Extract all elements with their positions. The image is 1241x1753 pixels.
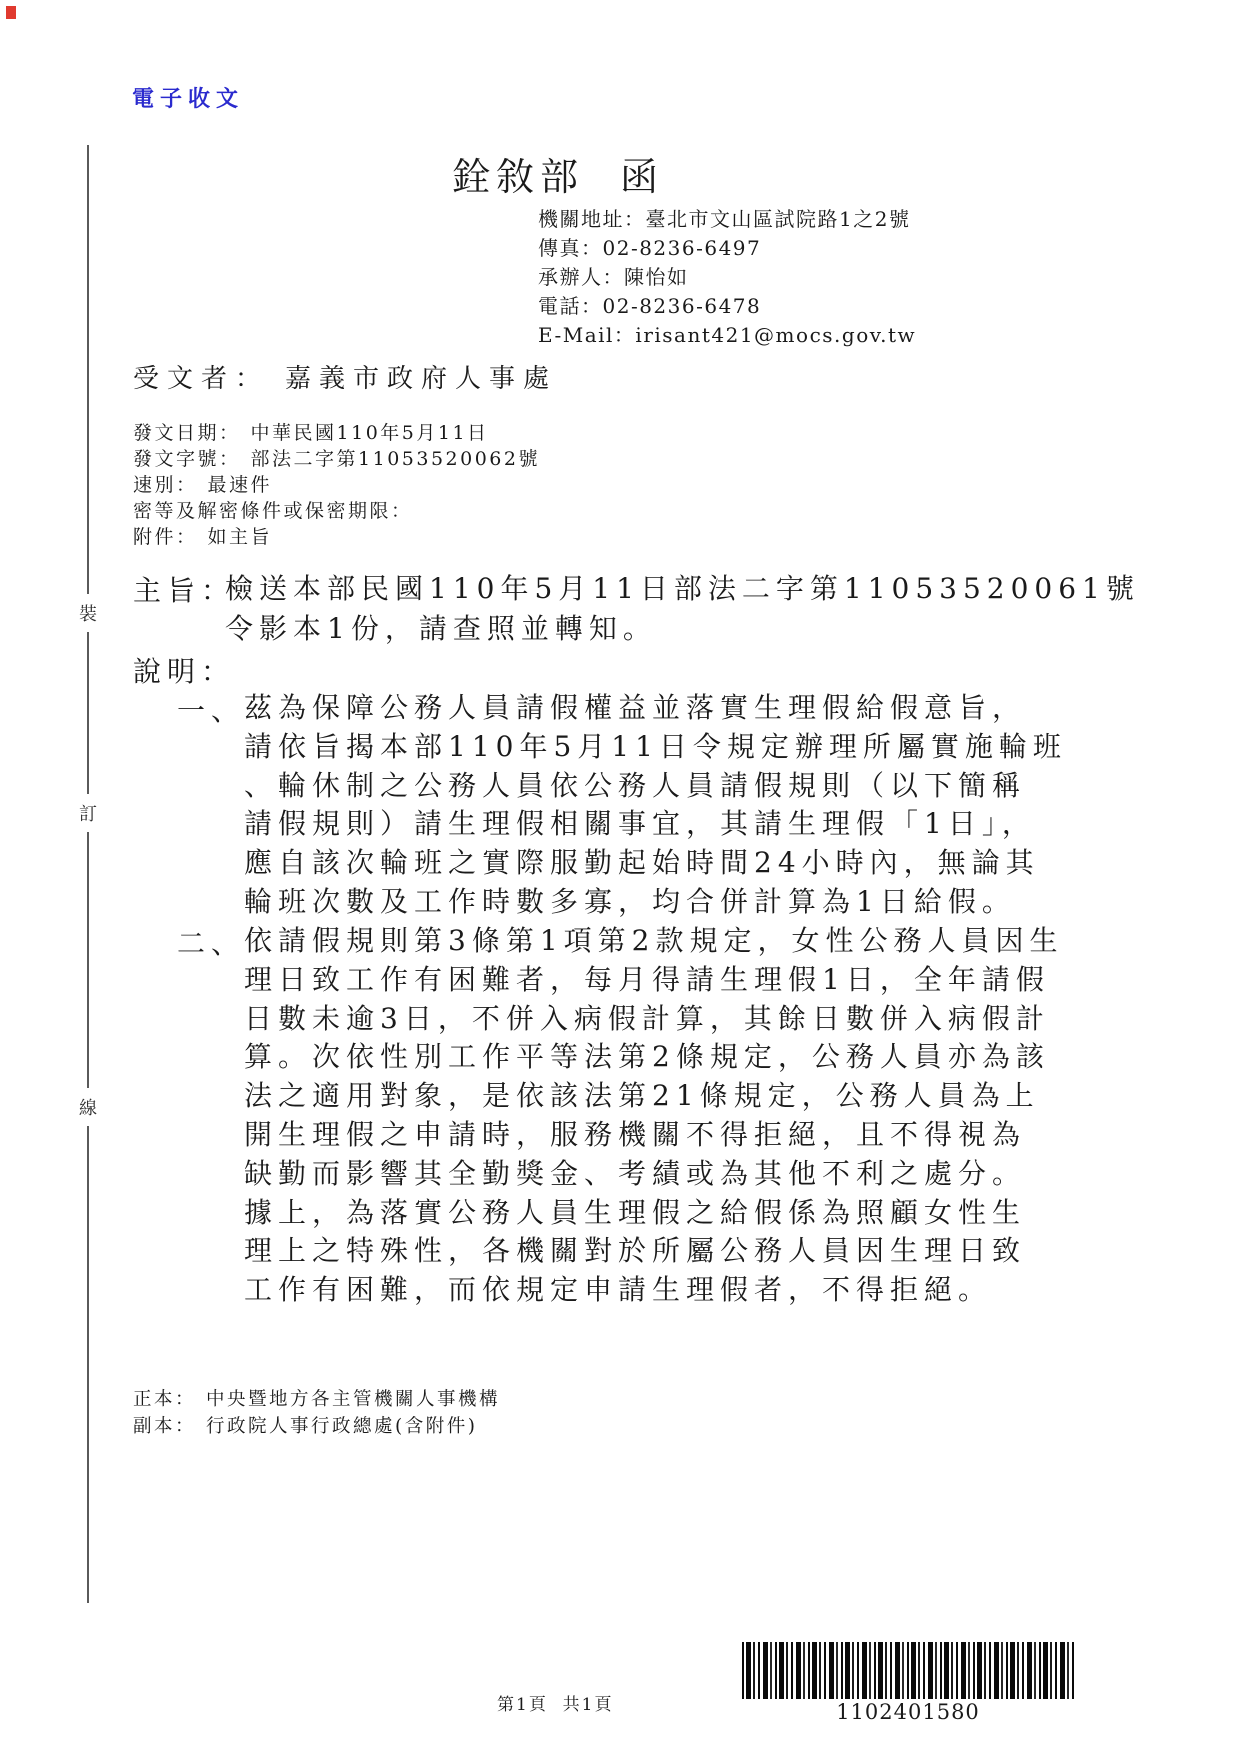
meta-value: 最速件 — [208, 474, 273, 496]
barcode: 1102401580 — [742, 1642, 1074, 1724]
recipient-row: 受文者：嘉義市政府人事處 — [133, 358, 557, 395]
issuing-org: 銓敘部 — [452, 155, 584, 199]
item-number: 二、 — [177, 922, 245, 962]
cc-copy-row: 副本：行政院人事行政總處(含附件) — [133, 1413, 500, 1440]
electronic-receipt-stamp: 電子收文 — [132, 82, 244, 113]
subject-section: 主旨： 檢送本部民國110年5月11日部法二字第11053520061號 令影本… — [133, 569, 1105, 649]
item-line: 日數未逾3日，不併入病假計算，其餘日數併入病假計 — [244, 1000, 1104, 1039]
meta-label: 密等及解密條件或保密期限： — [133, 500, 413, 522]
recipient-label: 受文者： — [133, 364, 269, 394]
item-line: 、輪休制之公務人員依公務人員請假規則（以下簡稱 — [244, 767, 1104, 806]
item-line: 理上之特殊性，各機關對於所屬公務人員因生理日致 — [244, 1232, 1104, 1271]
item-line: 請假規則）請生理假相關事宜，其請生理假「1日」， — [244, 805, 1104, 844]
copy-value: 中央暨地方各主管機關人事機構 — [206, 1389, 500, 1410]
original-copy-row: 正本：中央暨地方各主管機關人事機構 — [133, 1386, 500, 1413]
item-line: 開生理假之申請時，服務機關不得拒絕，且不得視為 — [244, 1116, 1104, 1155]
barcode-bars — [742, 1642, 1074, 1699]
copy-label: 副本： — [133, 1416, 196, 1437]
contact-phone: 電話：02-8236-6478 — [538, 292, 916, 321]
contact-fax: 傳真：02-8236-6497 — [538, 234, 916, 263]
contact-info-block: 機關地址：臺北市文山區試院路1之2號 傳真：02-8236-6497 承辦人：陳… — [538, 205, 916, 350]
meta-value: 中華民國110年5月11日 — [251, 422, 489, 444]
subject-text: 檢送本部民國110年5月11日部法二字第11053520061號 令影本1份，請… — [225, 569, 1105, 649]
subject-label: 主旨： — [133, 569, 235, 609]
meta-label: 發文日期： — [133, 422, 241, 444]
binding-margin-line — [87, 145, 89, 1603]
contact-address: 機關地址：臺北市文山區試院路1之2號 — [538, 205, 916, 234]
metadata-block: 發文日期：中華民國110年5月11日 發文字號：部法二字第11053520062… — [133, 420, 540, 550]
explanation-item-1: 一、 茲為保障公務人員請假權益並落實生理假給假意旨， 請依旨揭本部110年5月1… — [133, 689, 1104, 922]
explanation-label: 說明： — [133, 650, 235, 690]
binding-mark-xian: 線 — [70, 1088, 106, 1126]
item-text: 茲為保障公務人員請假權益並落實生理假給假意旨， 請依旨揭本部110年5月11日令… — [244, 689, 1104, 922]
meta-label: 發文字號： — [133, 448, 241, 470]
meta-value: 部法二字第11053520062號 — [251, 448, 540, 470]
subject-line: 檢送本部民國110年5月11日部法二字第11053520061號 — [225, 569, 1105, 609]
item-line: 算。次依性別工作平等法第2條規定，公務人員亦為該 — [244, 1038, 1104, 1077]
item-line: 依請假規則第3條第1項第2款規定，女性公務人員因生 — [244, 922, 1104, 961]
item-line: 理日致工作有困難者，每月得請生理假1日，全年請假 — [244, 961, 1104, 1000]
item-line: 缺勤而影響其全勤獎金、考績或為其他不利之處分。 — [244, 1155, 1104, 1194]
page-number-info: 第1頁 共1頁 — [497, 1690, 613, 1715]
item-number: 一、 — [177, 689, 245, 729]
item-line: 據上，為落實公務人員生理假之給假係為照顧女性生 — [244, 1194, 1104, 1233]
scan-artifact-mark — [6, 6, 16, 19]
copy-label: 正本： — [133, 1389, 196, 1410]
item-line: 法之適用對象，是依該法第21條規定，公務人員為上 — [244, 1077, 1104, 1116]
item-line: 輪班次數及工作時數多寡，均合併計算為1日給假。 — [244, 883, 1104, 922]
copies-block: 正本：中央暨地方各主管機關人事機構 副本：行政院人事行政總處(含附件) — [133, 1386, 500, 1440]
binding-mark-ding: 訂 — [70, 794, 106, 832]
meta-value: 如主旨 — [208, 526, 273, 548]
meta-row-speed: 速別：最速件 — [133, 472, 540, 498]
meta-label: 附件： — [133, 526, 198, 548]
document-page: 電子收文 裝 訂 線 銓敘部函 機關地址：臺北市文山區試院路1之2號 傳真：02… — [0, 0, 1241, 1753]
item-line: 茲為保障公務人員請假權益並落實生理假給假意旨， — [244, 689, 1104, 728]
contact-person: 承辦人：陳怡如 — [538, 263, 916, 292]
recipient-value: 嘉義市政府人事處 — [285, 364, 557, 394]
barcode-number: 1102401580 — [742, 1700, 1074, 1724]
copy-value: 行政院人事行政總處(含附件) — [206, 1416, 477, 1437]
meta-row-number: 發文字號：部法二字第11053520062號 — [133, 446, 540, 472]
item-line: 請依旨揭本部110年5月11日令規定辦理所屬實施輪班 — [244, 728, 1104, 767]
item-text: 依請假規則第3條第1項第2款規定，女性公務人員因生 理日致工作有困難者，每月得請… — [244, 922, 1104, 1310]
meta-row-date: 發文日期：中華民國110年5月11日 — [133, 420, 540, 446]
item-line: 工作有困難，而依規定申請生理假者，不得拒絕。 — [244, 1271, 1104, 1310]
meta-row-secrecy: 密等及解密條件或保密期限： — [133, 498, 540, 524]
contact-email: E-Mail：irisant421@mocs.gov.tw — [538, 321, 916, 350]
document-title: 銓敘部函 — [452, 146, 664, 201]
doc-type: 函 — [620, 155, 664, 199]
subject-line: 令影本1份，請查照並轉知。 — [225, 609, 1105, 649]
meta-label: 速別： — [133, 474, 198, 496]
explanation-item-2: 二、 依請假規則第3條第1項第2款規定，女性公務人員因生 理日致工作有困難者，每… — [133, 922, 1104, 1310]
item-line: 應自該次輪班之實際服勤起始時間24小時內，無論其 — [244, 844, 1104, 883]
meta-row-attachment: 附件：如主旨 — [133, 524, 540, 550]
binding-mark-zhuang: 裝 — [70, 594, 106, 632]
